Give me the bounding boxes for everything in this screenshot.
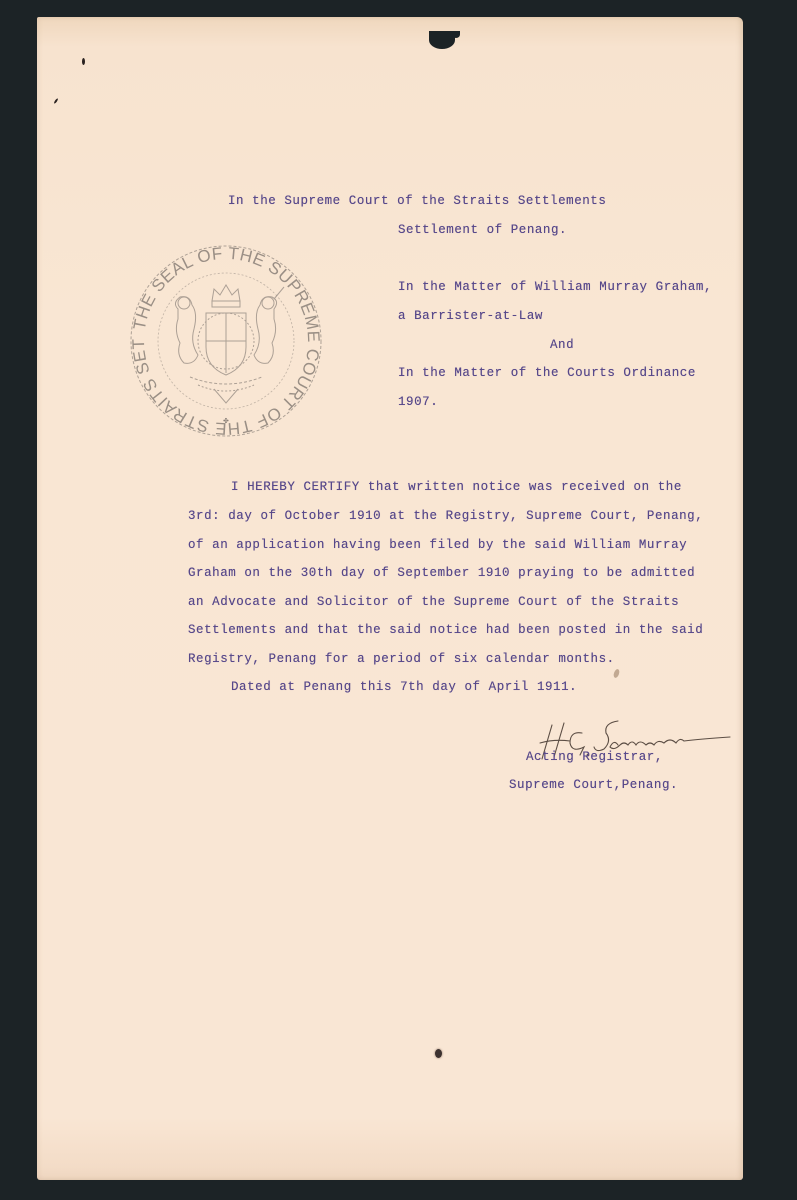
ink-speck bbox=[82, 58, 85, 65]
court-heading: In the Supreme Court of the Straits Sett… bbox=[228, 193, 606, 209]
body-line: 3rd: day of October 1910 at the Registry… bbox=[188, 508, 703, 524]
body-line: Settlements and that the said notice had… bbox=[188, 622, 703, 638]
matter-line-4: In the Matter of the Courts Ordinance bbox=[398, 365, 696, 381]
court-seal-icon: THE SEAL OF THE SUPREME COURT OF THE STR… bbox=[128, 243, 324, 439]
matter-line-2: a Barrister-at-Law bbox=[398, 308, 543, 324]
body-line: I HEREBY CERTIFY that written notice was… bbox=[231, 479, 682, 495]
paper-tear bbox=[452, 31, 460, 38]
body-line: an Advocate and Solicitor of the Supreme… bbox=[188, 594, 679, 610]
signatory-office: Supreme Court,Penang. bbox=[509, 777, 678, 793]
signatory-title: Acting Registrar, bbox=[526, 749, 663, 765]
settlement-heading: Settlement of Penang. bbox=[398, 222, 567, 238]
punch-hole bbox=[435, 1049, 442, 1058]
body-line: Graham on the 30th day of September 1910… bbox=[188, 565, 695, 581]
matter-line-1: In the Matter of William Murray Graham, bbox=[398, 279, 712, 295]
dated-line: Dated at Penang this 7th day of April 19… bbox=[231, 679, 577, 695]
ink-speck bbox=[53, 98, 58, 104]
svg-text:✤: ✤ bbox=[223, 416, 229, 426]
matter-and: And bbox=[550, 337, 574, 353]
body-line: Registry, Penang for a period of six cal… bbox=[188, 651, 615, 667]
matter-line-5: 1907. bbox=[398, 394, 438, 410]
body-line: of an application having been filed by t… bbox=[188, 537, 687, 553]
